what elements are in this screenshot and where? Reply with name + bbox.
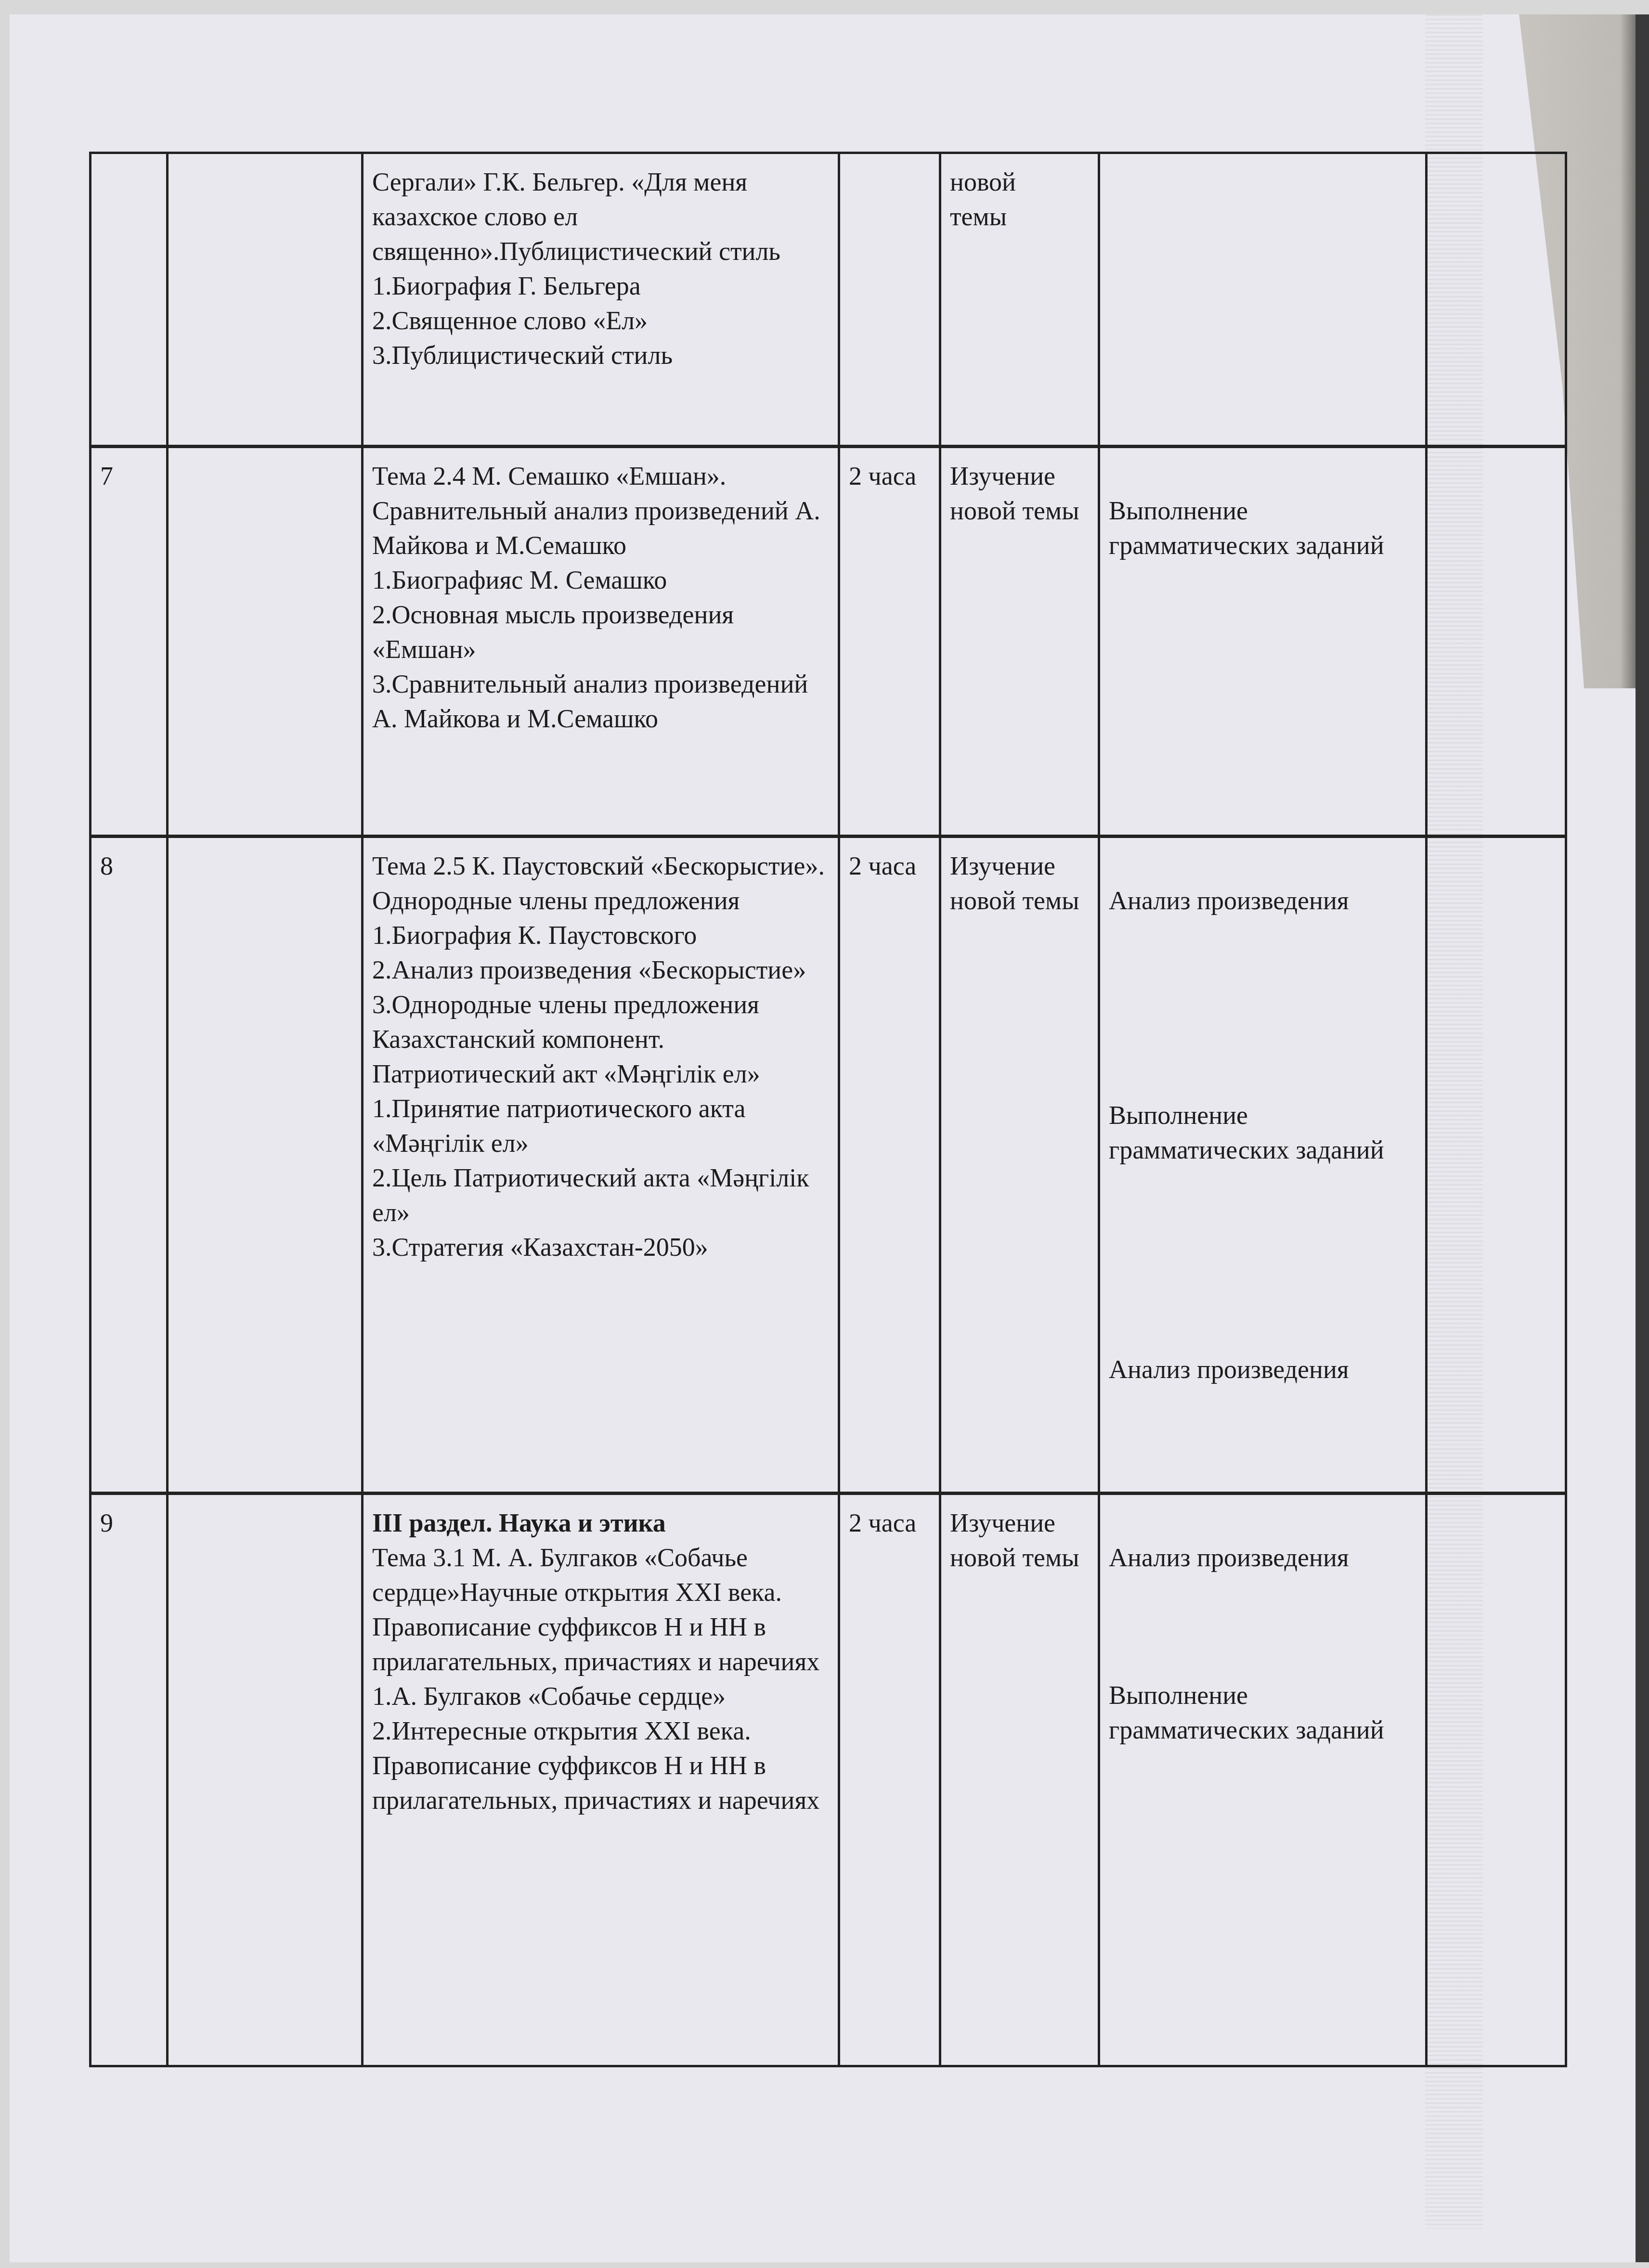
empty-cell [1427,1494,1566,2066]
lesson-topic: Тема 2.4 М. Семашко «Емшан». Сравнительн… [363,447,839,837]
lesson-number: 7 [91,447,168,837]
scanner-edge [1636,14,1649,2262]
lesson-plan-table: Сергали» Г.К. Бельгер. «Для меня казахск… [89,152,1567,2067]
empty-cell [168,447,363,837]
activity: Выполнение грамматических заданий [1109,496,1384,560]
lesson-hours [839,153,940,447]
lesson-type: Изучение новой темы [940,447,1099,837]
empty-cell [168,1494,363,2066]
lesson-type: Изучение новой темы [940,837,1099,1494]
empty-cell [1427,837,1566,1494]
lesson-topic: Тема 2.5 К. Паустовский «Бескорыстие». О… [363,837,839,1494]
empty-cell [1427,153,1566,447]
lesson-activities [1099,153,1427,447]
activity: Анализ произведения [1109,1540,1417,1575]
lesson-hours: 2 часа [839,447,940,837]
lesson-hours: 2 часа [839,1494,940,2066]
lesson-activities: Анализ произведения Выполнение грамматич… [1099,1494,1427,2066]
lesson-hours: 2 часа [839,837,940,1494]
lesson-topic: Сергали» Г.К. Бельгер. «Для меня казахск… [363,153,839,447]
lesson-number: 8 [91,837,168,1494]
lesson-activities: Анализ произведения Выполнение грамматич… [1099,837,1427,1494]
lesson-topic-text: Тема 3.1 М. А. Булгаков «Собачье сердце»… [372,1543,819,1815]
activity: Анализ произведения [1109,883,1417,918]
empty-cell [168,153,363,447]
activity: Выполнение грамматических заданий [1109,1098,1417,1167]
activity: Анализ произведения [1109,1352,1417,1387]
table-row: 9 III раздел. Наука и этикаТема 3.1 М. А… [91,1494,1566,2066]
lesson-number [91,153,168,447]
empty-cell [168,837,363,1494]
table-row: 8 Тема 2.5 К. Паустовский «Бескорыстие».… [91,837,1566,1494]
activity: Выполнение грамматических заданий [1109,1678,1417,1747]
lesson-type: новой темы [940,153,1099,447]
section-heading: III раздел. Наука и этика [372,1506,830,1540]
lesson-topic: III раздел. Наука и этикаТема 3.1 М. А. … [363,1494,839,2066]
table-row: Сергали» Г.К. Бельгер. «Для меня казахск… [91,153,1566,447]
lesson-number: 9 [91,1494,168,2066]
empty-cell [1427,447,1566,837]
lesson-activities: Выполнение грамматических заданий [1099,447,1427,837]
lesson-type: Изучение новой темы [940,1494,1099,2066]
table-row: 7 Тема 2.4 М. Семашко «Емшан». Сравнител… [91,447,1566,837]
